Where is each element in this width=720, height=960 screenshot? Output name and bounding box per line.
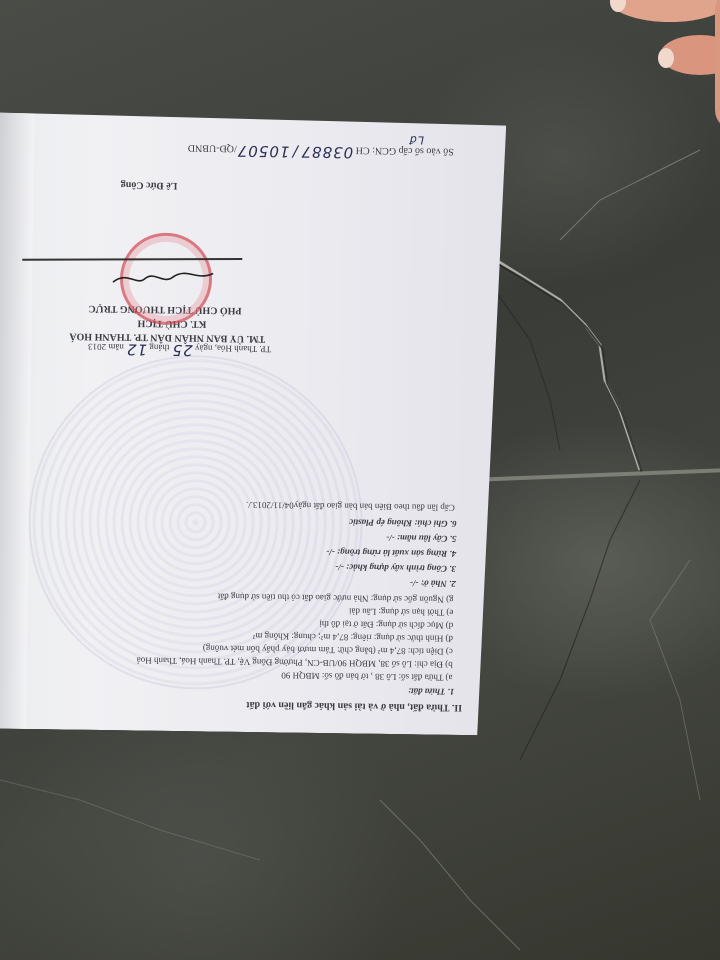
- land-line: a) Thửa đất số: Lô 38 , tờ bản đồ số: MB…: [281, 671, 452, 683]
- item-value: -/-: [326, 547, 335, 557]
- item-label: 3. Công trình xây dựng khác:: [346, 562, 456, 574]
- registry-label: Số vào sổ cấp GCN: CH: [356, 145, 454, 157]
- certificate-page: II. Thửa đất, nhà ở và tài sản khác gắn …: [0, 112, 506, 735]
- section-title: II. Thửa đất, nhà ở và tài sản khác gắn …: [246, 699, 462, 713]
- item-value: -/-: [386, 533, 395, 543]
- item-label: 5. Cây lâu năm:: [397, 533, 457, 544]
- registry-decision-number: 10507: [237, 142, 290, 161]
- date-year-label: năm 2013: [88, 342, 124, 352]
- date-month: 12: [126, 340, 147, 358]
- item-construction: 3. Công trình xây dựng khác: -/-: [335, 562, 456, 574]
- registry-handwritten-number: 03887: [300, 143, 353, 162]
- land-line: d) Mục đích sử dụng: Đất ở tại đô thị: [319, 619, 453, 631]
- hand: [600, 0, 720, 130]
- subsection-land: 1. Thửa đất:: [408, 686, 454, 697]
- item-value: -/-: [410, 578, 419, 588]
- date-prefix: TP. Thanh Hóa, ngày: [195, 343, 271, 354]
- land-line: đ) Hình thức sử dụng: riêng: 87,4 m²; ch…: [253, 631, 454, 644]
- issuance-note: Cấp lần đầu theo Biên bản bàn giao đất n…: [246, 500, 455, 513]
- item-trees: 5. Cây lâu năm: -/-: [386, 533, 456, 544]
- signer-name: Lê Đức Công: [121, 179, 178, 191]
- land-line: e) Thời hạn sử dụng: Lâu dài: [349, 606, 454, 617]
- land-line: c) Diện tích: 87,4 m² (bằng chữ: Tám mươ…: [203, 643, 453, 656]
- certificate-text: II. Thửa đất, nhà ở và tài sản khác gắn …: [16, 113, 485, 735]
- item-value: -/-: [335, 562, 344, 572]
- signature: [107, 260, 218, 302]
- item-note: 6. Ghi chú: Không ép Plastic: [349, 517, 457, 529]
- date-month-label: tháng: [149, 343, 169, 353]
- registry-suffix: /QĐ-UBND: [188, 142, 237, 154]
- date-day: 25: [171, 341, 192, 359]
- land-line: g) Nguồn gốc sử dụng: Nhà nước giao đất …: [218, 592, 454, 605]
- registry-separator: /: [292, 143, 298, 161]
- land-line: b) Địa chỉ: Lô số 38, MBQH 90/UB-CN, Phư…: [137, 655, 453, 669]
- item-label: 2. Nhà ở:: [421, 578, 456, 588]
- item-label: 4. Rừng sản xuất là rừng trồng:: [337, 547, 456, 559]
- item-house: 2. Nhà ở: -/-: [410, 578, 456, 589]
- initials-mark: Lđ: [409, 133, 424, 146]
- item-forest: 4. Rừng sản xuất là rừng trồng: -/-: [326, 547, 456, 559]
